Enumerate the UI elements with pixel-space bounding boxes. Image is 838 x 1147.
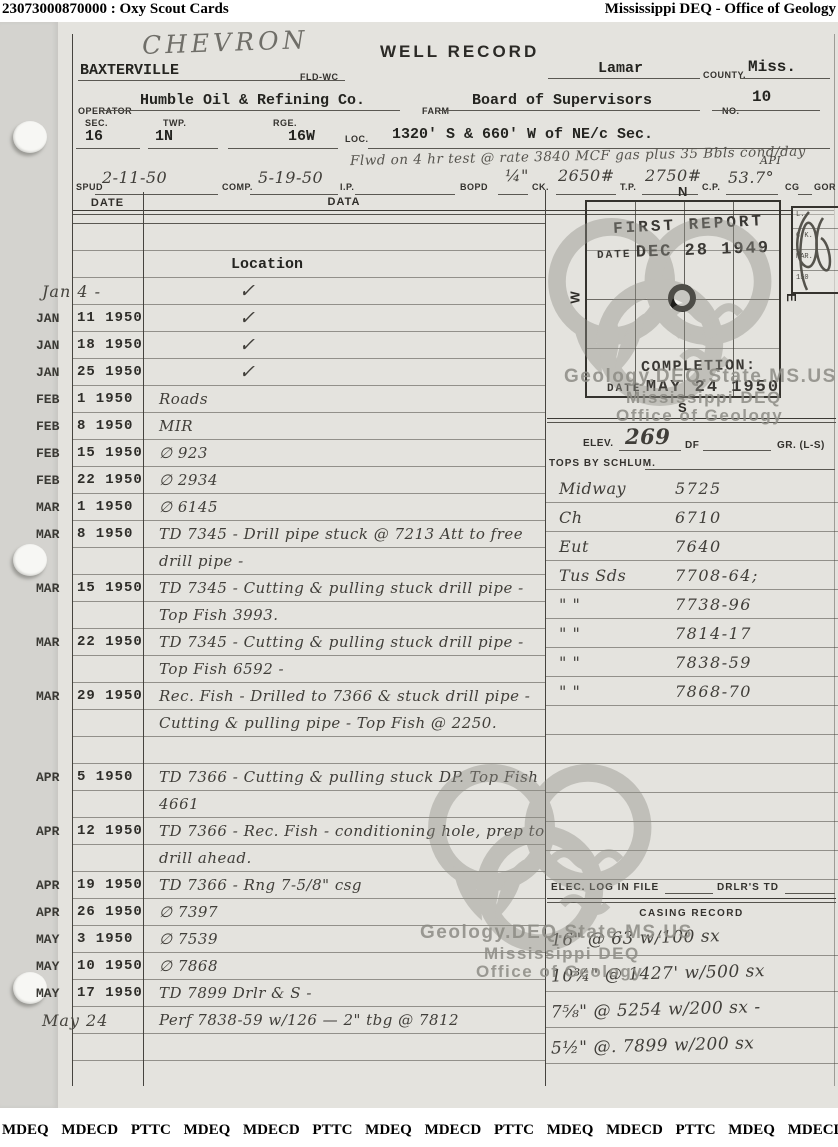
state-value: Miss. [748,58,796,76]
rule [148,148,218,149]
date-stamp: 22 1950 [77,472,143,488]
formation-depth: 7738-96 [675,590,752,619]
formation-name: " " [559,648,580,677]
formation-depth: 7838-59 [675,648,752,677]
log-row: APR26 1950∅ 7397 [72,899,545,926]
month-stamp: JAN [36,332,59,359]
date-stamp: 22 1950 [77,634,143,650]
well-location-marker [668,284,696,312]
log-row: MAR8 1950TD 7345 - Drill pipe stuck @ 72… [72,521,545,575]
log-row: APR5 1950TD 7366 - Cutting & pulling stu… [72,764,545,818]
formation-depth: 7640 [675,532,722,561]
month-stamp: MAR [36,521,59,548]
rule [440,110,700,111]
field-name-value: BAXTERVILLE [80,62,179,79]
well-record-card: CHEVRON WELL RECORD BAXTERVILLE FLD-WC L… [0,22,838,1108]
gravity-api-superscript: API [760,154,781,167]
log-row: JAN18 1950✓ [72,332,545,359]
compass-west-label: W [568,291,583,303]
log-row: MAR22 1950TD 7345 - Cutting & pulling st… [72,629,545,683]
rule [76,148,140,149]
formation-name: Ch [559,503,583,532]
entry-text: ∅ 2934 [143,467,545,494]
scanned-scout-card-page: { "top_bar": { "left": "23073000870000 :… [0,0,838,1147]
entry-text: ✓ [143,305,545,332]
rule [712,110,820,111]
operator-value: Humble Oil & Refining Co. [140,92,365,109]
entry-text: ✓ [143,332,545,359]
date-stamp: 11 1950 [77,310,143,326]
date-stamp: 12 1950 [77,823,143,839]
log-row: FEB8 1950MIR [72,413,545,440]
entry-text: Perf 7838-59 w/126 — 2" tbg @ 7812 [143,1007,545,1034]
elec-log-label: ELEC. LOG IN FILE [551,882,659,893]
month-stamp: APR [36,899,59,926]
date-stamp: Jan 4 - [42,282,101,301]
month-stamp: APR [36,764,59,791]
month-stamp: APR [36,818,59,845]
date-stamp: 15 1950 [77,445,143,461]
completion-stamp: COMPLETION: [641,357,757,376]
log-row: FEB15 1950∅ 923 [72,440,545,467]
month-stamp: MAR [36,575,59,602]
formation-top-row: " "7838-59 [545,648,838,677]
comp-value: 5-19-50 [258,168,323,187]
punch-hole [13,121,47,153]
entry-text: TD 7345 - Drill pipe stuck @ 7213 Att to… [143,521,545,575]
month-stamp: FEB [36,440,59,467]
formation-top-row: Tus Sds7708-64; [545,561,838,590]
formation-top-row: Ch6710 [545,503,838,532]
log-row: APR19 1950TD 7366 - Rng 7-5/8" csg [72,872,545,899]
log-row [72,1034,545,1084]
log-row: APR12 1950TD 7366 - Rec. Fish - conditio… [72,818,545,872]
log-row: MAY3 1950∅ 7539 [72,926,545,953]
formation-name: Eut [559,532,589,561]
twp-value: 1N [155,128,173,145]
date-stamp: May 24 [42,1011,108,1030]
formation-depth: 7708-64; [675,561,759,590]
month-stamp: MAY [36,926,59,953]
formation-name: " " [559,677,580,706]
formation-depth: 5725 [675,474,722,503]
signature-squiggle [787,204,838,296]
entry-text: ∅ 923 [143,440,545,467]
agency-label: Mississippi DEQ - Office of Geology [605,1,836,18]
elev-value: 269 [625,424,670,449]
ck-value: 2650# [558,166,615,185]
right-panel: N S W E FIRST REPORT DATE DEC 28 1949 CO… [545,190,838,1085]
formation-name: Tus Sds [559,561,626,590]
date-stamp: 1 1950 [77,499,133,515]
date-stamp: 10 1950 [77,958,143,974]
compass-north-label: N [678,184,687,199]
formation-name: " " [559,590,580,619]
entry-text: TD 7345 - Cutting & pulling stuck drill … [143,629,545,683]
date-column-header: DATE [72,197,143,209]
viewer-top-bar: 23073000870000 : Oxy Scout Cards Mississ… [0,0,838,22]
log-row: MAR15 1950TD 7345 - Cutting & pulling st… [72,575,545,629]
date-stamp: 1 1950 [77,391,133,407]
farm-value: Board of Supervisors [472,92,652,109]
completion-date-label: DATE [607,383,641,395]
sec-label: SEC. [85,118,108,128]
date-stamp: 17 1950 [77,985,143,1001]
pencil-note: CHEVRON [142,25,309,60]
rge-label: RGE. [273,118,297,128]
log-row: MAR1 1950∅ 6145 [72,494,545,521]
date-stamp: 5 1950 [77,769,133,785]
entry-text: TD 7366 - Rng 7-5/8" csg [143,872,545,899]
month-stamp: APR [36,872,59,899]
elev-gr-label: GR. (L-S) [777,440,825,451]
entry-text: ∅ 6145 [143,494,545,521]
date-stamp: 8 1950 [77,418,133,434]
log-row: FEB22 1950∅ 2934 [72,467,545,494]
compass-south-label: S [678,400,687,415]
farm-label: FARM [422,106,450,116]
casing-record-list: 16" @ 63 w/100 sx 10¾" @ 1427' w/500 sx … [545,920,838,1085]
entry-text: Roads [143,386,545,413]
well-no-value: 10 [752,88,771,106]
rule [100,110,400,111]
rule [228,148,338,149]
bopd-value: ¼" [505,166,529,185]
tops-label: TOPS BY SCHLUM. [549,458,656,469]
cp-value: 53.7° [728,168,774,187]
log-row: FEB1 1950Roads [72,386,545,413]
month-stamp: JAN [36,359,59,386]
entry-text: ∅ 7539 [143,926,545,953]
drilling-log-table: Location Jan 4 -✓ JAN11 1950✓ JAN18 1950… [72,224,545,1086]
formation-top-row: Midway5725 [545,474,838,503]
log-row: Location [72,251,545,278]
date-stamp: 3 1950 [77,931,133,947]
entry-text: ✓ [143,359,545,386]
date-stamp: 19 1950 [77,877,143,893]
drlrs-td-label: DRLR'S TD [717,882,779,893]
elev-label: ELEV. [583,438,613,449]
date-stamp: 29 1950 [77,688,143,704]
month-stamp: FEB [36,467,59,494]
casing-divider-line [547,898,836,903]
formation-name: Midway [559,474,626,503]
entry-text: TD 7366 - Rec. Fish - conditioning hole,… [143,818,545,872]
well-no-label: NO. [722,106,740,116]
rule [548,78,700,79]
viewer-bottom-bar: MDEQ MDECD PTTC MDEQ MDECD PTTC MDEQ MDE… [0,1122,838,1147]
comp-label: COMP. [222,182,253,192]
first-report-date-label: DATE [597,249,632,262]
entry-text: Location [143,251,545,278]
log-row: MAY17 1950TD 7899 Drlr & S - [72,980,545,1007]
log-row: JAN25 1950✓ [72,359,545,386]
rge-value: 16W [288,128,315,145]
entry-text: TD 7345 - Cutting & pulling stuck drill … [143,575,545,629]
entry-text: Rec. Fish - Drilled to 7366 & stuck dril… [143,683,545,764]
formation-depth: 7868-70 [675,677,752,706]
entry-text: ∅ 7397 [143,899,545,926]
document-id-label: 23073000870000 : Oxy Scout Cards [2,1,229,18]
entry-text: TD 7366 - Cutting & pulling stuck DP. To… [143,764,545,818]
formation-top-row: " "7738-96 [545,590,838,619]
date-stamp: 15 1950 [77,580,143,596]
punch-hole [13,544,47,576]
spud-value: 2-11-50 [102,168,167,187]
field-label: FLD-WC [300,72,339,82]
month-stamp: MAY [36,953,59,980]
formation-top-row: Eut7640 [545,532,838,561]
month-stamp: JAN [36,305,59,332]
month-stamp: FEB [36,386,59,413]
formation-name: " " [559,619,580,648]
log-row: MAY10 1950∅ 7868 [72,953,545,980]
date-stamp: 18 1950 [77,337,143,353]
entry-text: TD 7899 Drlr & S - [143,980,545,1007]
month-stamp: MAY [36,980,59,1007]
log-row: May 24Perf 7838-59 w/126 — 2" tbg @ 7812 [72,1007,545,1034]
tp-value: 2750# [645,166,702,185]
loc-value: 1320' S & 660' W of NE/c Sec. [392,126,653,143]
rule [740,78,830,79]
month-stamp: MAR [36,683,59,710]
month-stamp: MAR [36,494,59,521]
casing-row: 5½" @. 7899 w/200 sx [545,1024,838,1068]
entry-text: MIR [143,413,545,440]
bopd-label: BOPD [460,182,488,192]
completion-date-stamp: DATE MAY 24 1950 [607,378,780,397]
panel-divider-line [547,418,836,423]
completion-date-value: MAY 24 1950 [646,378,780,397]
sec-value: 16 [85,128,103,145]
loc-label: LOC. [345,134,369,144]
ip-label: I.P. [340,182,354,192]
twp-label: TWP. [163,118,186,128]
form-title: WELL RECORD [380,42,539,62]
formation-tops-list: Midway5725 Ch6710 Eut7640 Tus Sds7708-64… [545,474,838,880]
log-row: MAR29 1950Rec. Fish - Drilled to 7366 & … [72,683,545,764]
spud-label: SPUD [76,182,103,192]
log-row [72,224,545,251]
month-stamp: FEB [36,413,59,440]
edge-stamp-fragment: L. C.K. MAR. 150 [791,206,838,294]
month-stamp: MAR [36,629,59,656]
formation-depth: 7814-17 [675,619,752,648]
formation-depth: 6710 [675,503,722,532]
formation-top-row: " "7868-70 [545,677,838,706]
log-row: JAN11 1950✓ [72,305,545,332]
entry-text: ∅ 7868 [143,953,545,980]
date-stamp: 25 1950 [77,364,143,380]
date-stamp: 26 1950 [77,904,143,920]
formation-top-row: " "7814-17 [545,619,838,648]
entry-text: ✓ [143,278,545,305]
operator-label: OPERATOR [78,106,132,116]
date-stamp: 8 1950 [77,526,133,542]
elev-df-label: DF [685,440,699,451]
county-value: Lamar [598,60,643,77]
log-row: Jan 4 -✓ [72,278,545,305]
data-column-header: DATA [143,196,545,208]
